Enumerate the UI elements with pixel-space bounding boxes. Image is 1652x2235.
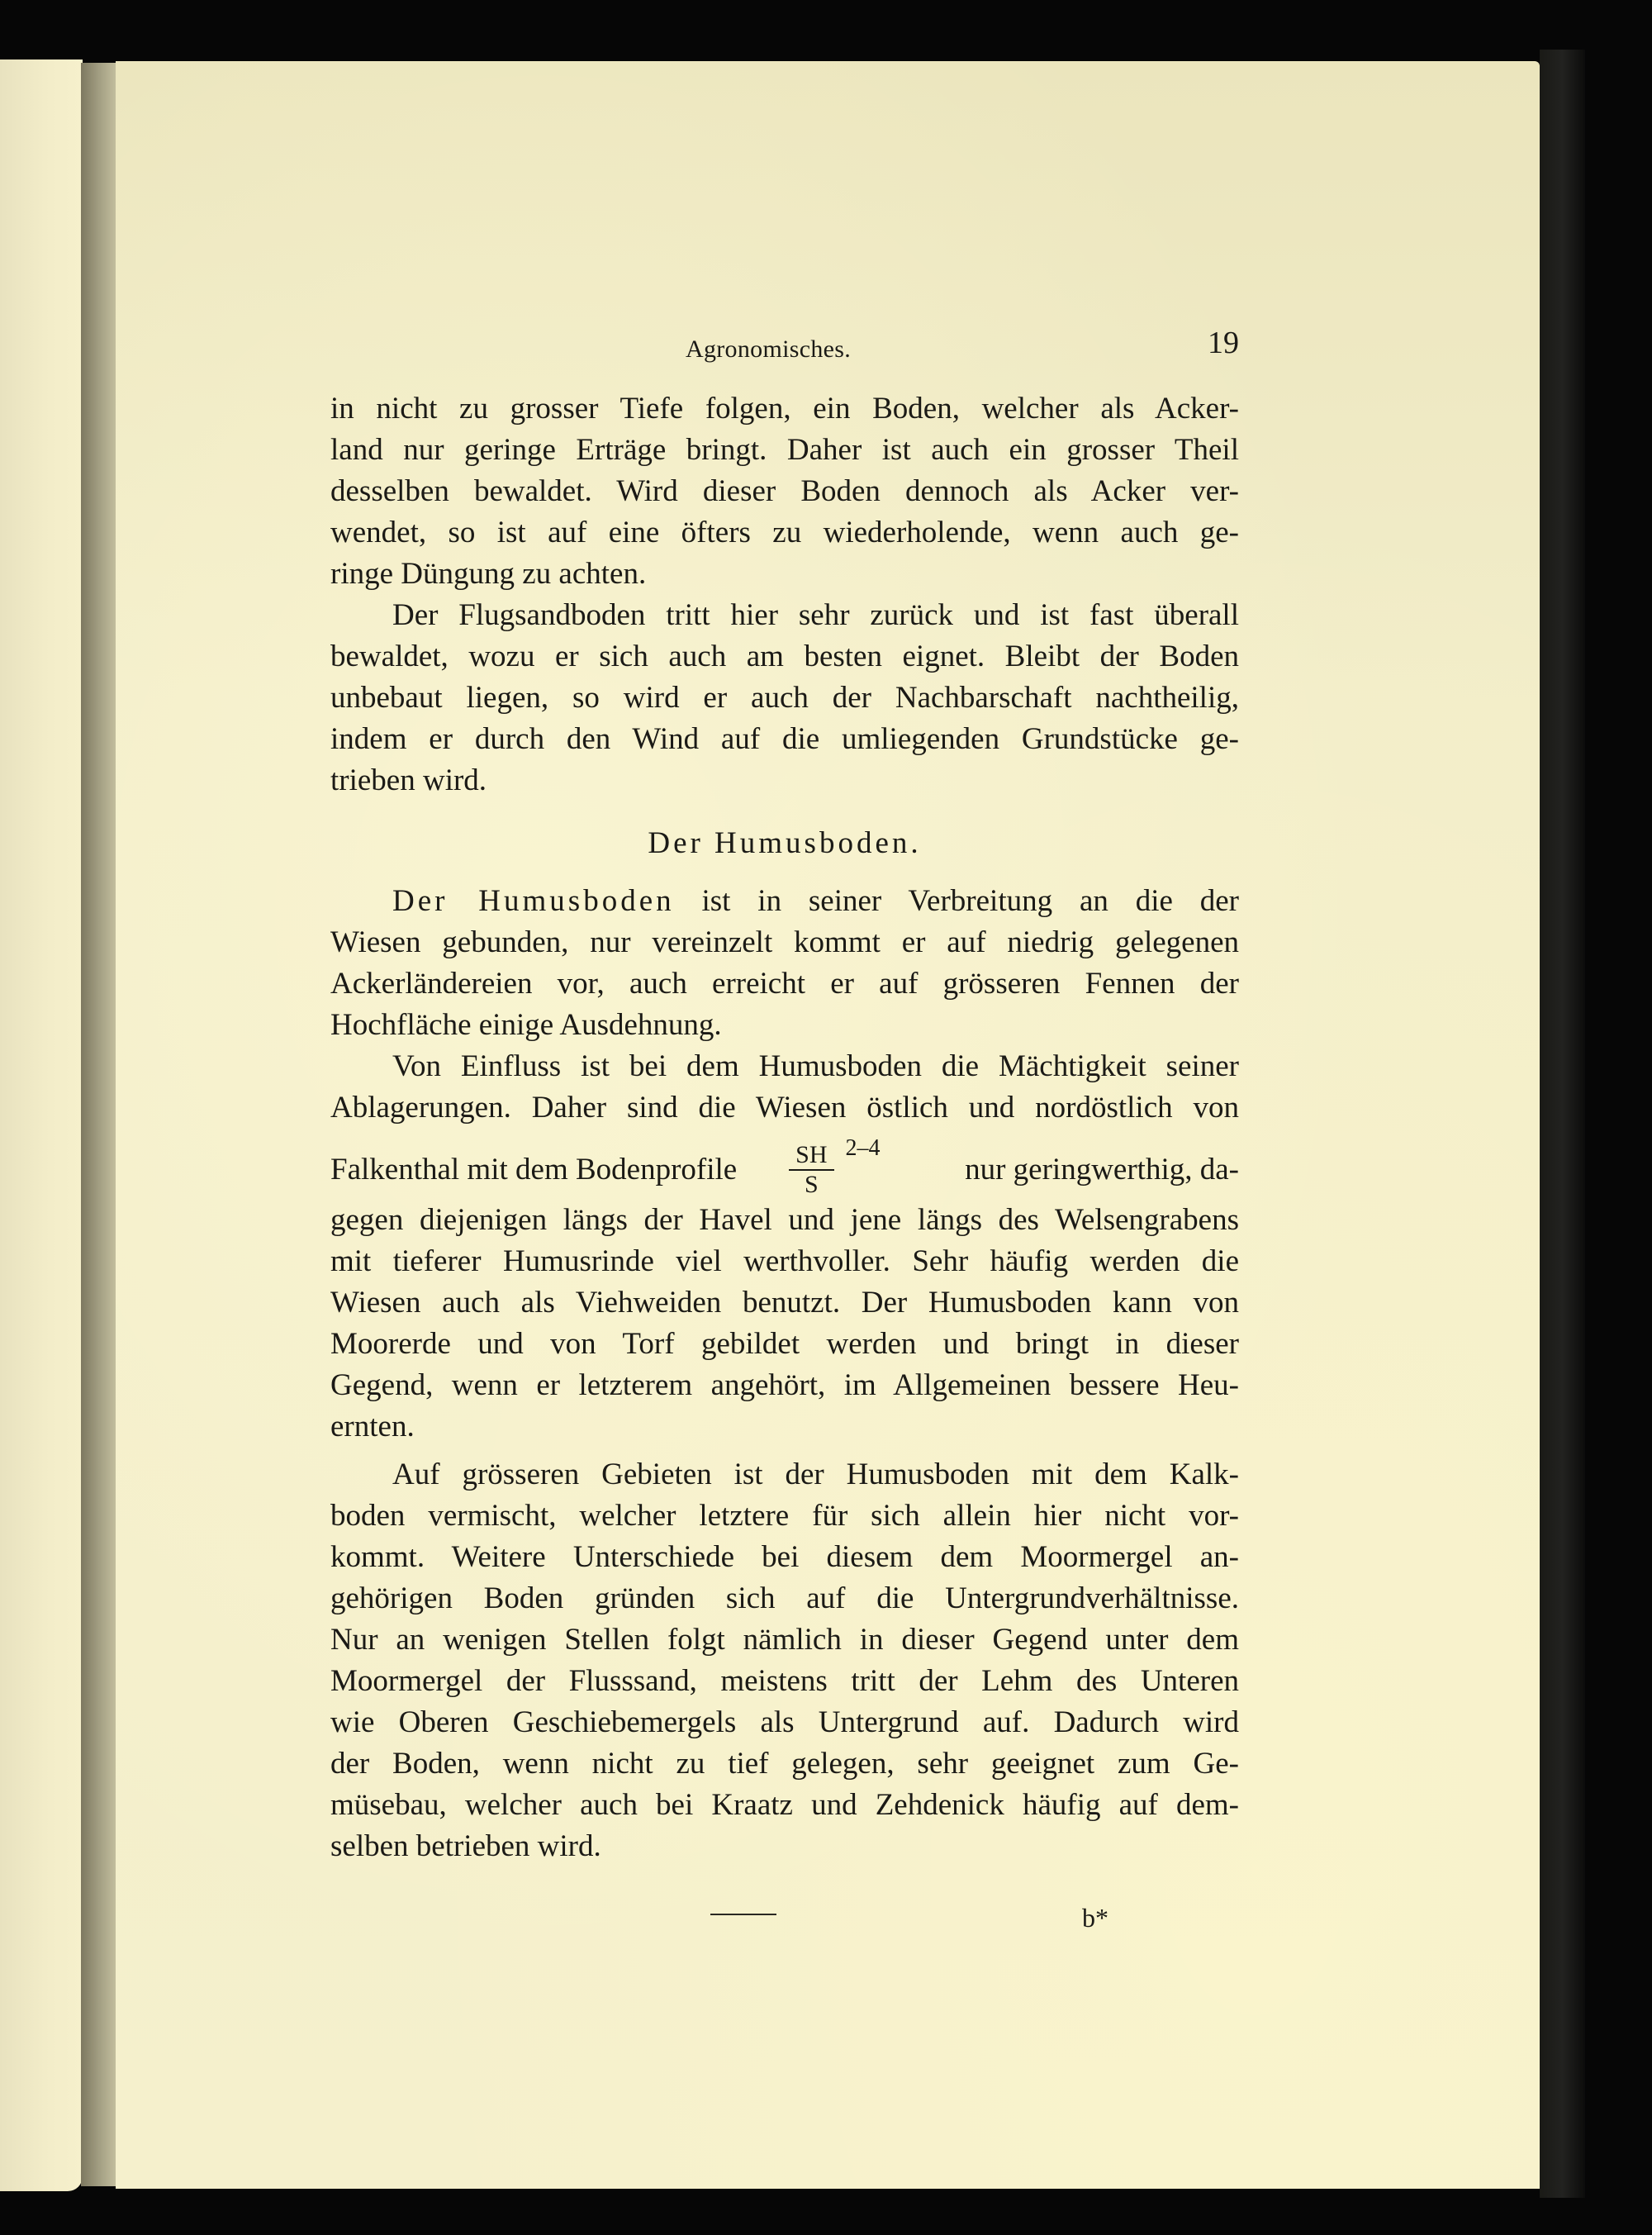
page-number: 19 <box>1208 322 1239 364</box>
text-line: land nur geringe Erträge bringt. Daher i… <box>330 430 1239 471</box>
text-line: Gegend, wenn er letzterem angehört, im A… <box>330 1365 1239 1406</box>
spaced-lead-term: Der Humusboden <box>392 884 675 918</box>
book-cover-edge <box>1540 50 1585 2198</box>
text-line: in nicht zu grosser Tiefe folgen, ein Bo… <box>330 388 1239 430</box>
fraction-numerator: SH <box>789 1143 833 1171</box>
text-line: trieben wird. <box>330 760 1239 801</box>
text-line: kommt. Weitere Unterschiede bei diesem d… <box>330 1537 1239 1578</box>
text-fragment: Falkenthal mit dem Bodenprofile <box>330 1149 737 1191</box>
facing-page-edge <box>0 59 83 2191</box>
text-line: unbebaut liegen, so wird er auch der Nac… <box>330 678 1239 719</box>
paragraph: in nicht zu grosser Tiefe folgen, ein Bo… <box>330 388 1239 595</box>
text-line: gehörigen Boden gründen sich auf die Unt… <box>330 1578 1239 1619</box>
text-line: Wiesen auch als Viehweiden benutzt. Der … <box>330 1282 1239 1324</box>
text-line: Wiesen gebunden, nur vereinzelt kommt er… <box>330 922 1239 963</box>
text-line: desselben bewaldet. Wird dieser Boden de… <box>330 471 1239 512</box>
page-footer: b* <box>330 1897 1239 1947</box>
text-line: Hochfläche einige Ausdehnung. <box>330 1005 1239 1046</box>
paragraph: Der Flugsandboden tritt hier sehr zurück… <box>330 595 1239 801</box>
fraction: SH S 2–4 <box>789 1143 833 1197</box>
section-end-rule <box>710 1914 776 1915</box>
formula-line: Falkenthal mit dem Bodenprofile SH S 2–4… <box>330 1140 1239 1200</box>
text-line: bewaldet, wozu er sich auch am besten ei… <box>330 636 1239 678</box>
paragraph: Auf grösseren Gebieten ist der Humusbode… <box>330 1454 1239 1867</box>
text-line: indem er durch den Wind auf die umliegen… <box>330 719 1239 760</box>
text-line: Ablagerungen. Daher sind die Wiesen östl… <box>330 1087 1239 1129</box>
text-line: Von Einfluss ist bei dem Humusboden die … <box>330 1046 1239 1087</box>
text-line: ernten. <box>330 1406 1239 1448</box>
text-line: ringe Düngung zu achten. <box>330 554 1239 595</box>
running-head: Agronomisches. 19 <box>330 322 1239 364</box>
text-line: wie Oberen Geschiebemergels als Untergru… <box>330 1702 1239 1743</box>
text-line: Der Humusboden ist in seiner Verbreitung… <box>330 881 1239 922</box>
paragraph: Von Einfluss ist bei dem Humusboden die … <box>330 1046 1239 1448</box>
paragraph: Der Humusboden ist in seiner Verbreitung… <box>330 881 1239 1046</box>
scanned-book-page: Agronomisches. 19 in nicht zu grosser Ti… <box>0 0 1652 2235</box>
text-fragment: ist in seiner Verbreitung an die der <box>675 884 1239 918</box>
section-heading: Der Humusboden. <box>330 823 1239 864</box>
text-line: wendet, so ist auf eine öfters zu wieder… <box>330 512 1239 554</box>
text-line: Moorerde und von Torf gebildet werden un… <box>330 1324 1239 1365</box>
text-line: gegen diejenigen längs der Havel und jen… <box>330 1200 1239 1241</box>
soil-profile-formula: SH S 2–4 <box>789 1143 913 1197</box>
text-line: Auf grösseren Gebieten ist der Humusbode… <box>330 1454 1239 1496</box>
running-title: Agronomisches. <box>686 329 851 370</box>
fraction-denominator: S <box>805 1171 819 1197</box>
text-line: müsebau, welcher auch bei Kraatz und Zeh… <box>330 1785 1239 1826</box>
text-line: Ackerländereien vor, auch erreicht er au… <box>330 963 1239 1005</box>
signature-mark: b* <box>1082 1897 1108 1938</box>
text-line: Der Flugsandboden tritt hier sehr zurück… <box>330 595 1239 636</box>
text-line: Nur an wenigen Stellen folgt nämlich in … <box>330 1619 1239 1661</box>
text-line: boden vermischt, welcher letztere für si… <box>330 1496 1239 1537</box>
fraction-superscript: 2–4 <box>846 1136 881 1161</box>
text-line: Moormergel der Flusssand, meistens tritt… <box>330 1661 1239 1702</box>
text-line: selben betrieben wird. <box>330 1826 1239 1867</box>
page-text-block: Agronomisches. 19 in nicht zu grosser Ti… <box>330 322 1239 1947</box>
text-line: der Boden, wenn nicht zu tief gelegen, s… <box>330 1743 1239 1785</box>
text-fragment: nur geringwerthig, da- <box>965 1149 1239 1191</box>
text-line: mit tieferer Humusrinde viel werthvoller… <box>330 1241 1239 1282</box>
